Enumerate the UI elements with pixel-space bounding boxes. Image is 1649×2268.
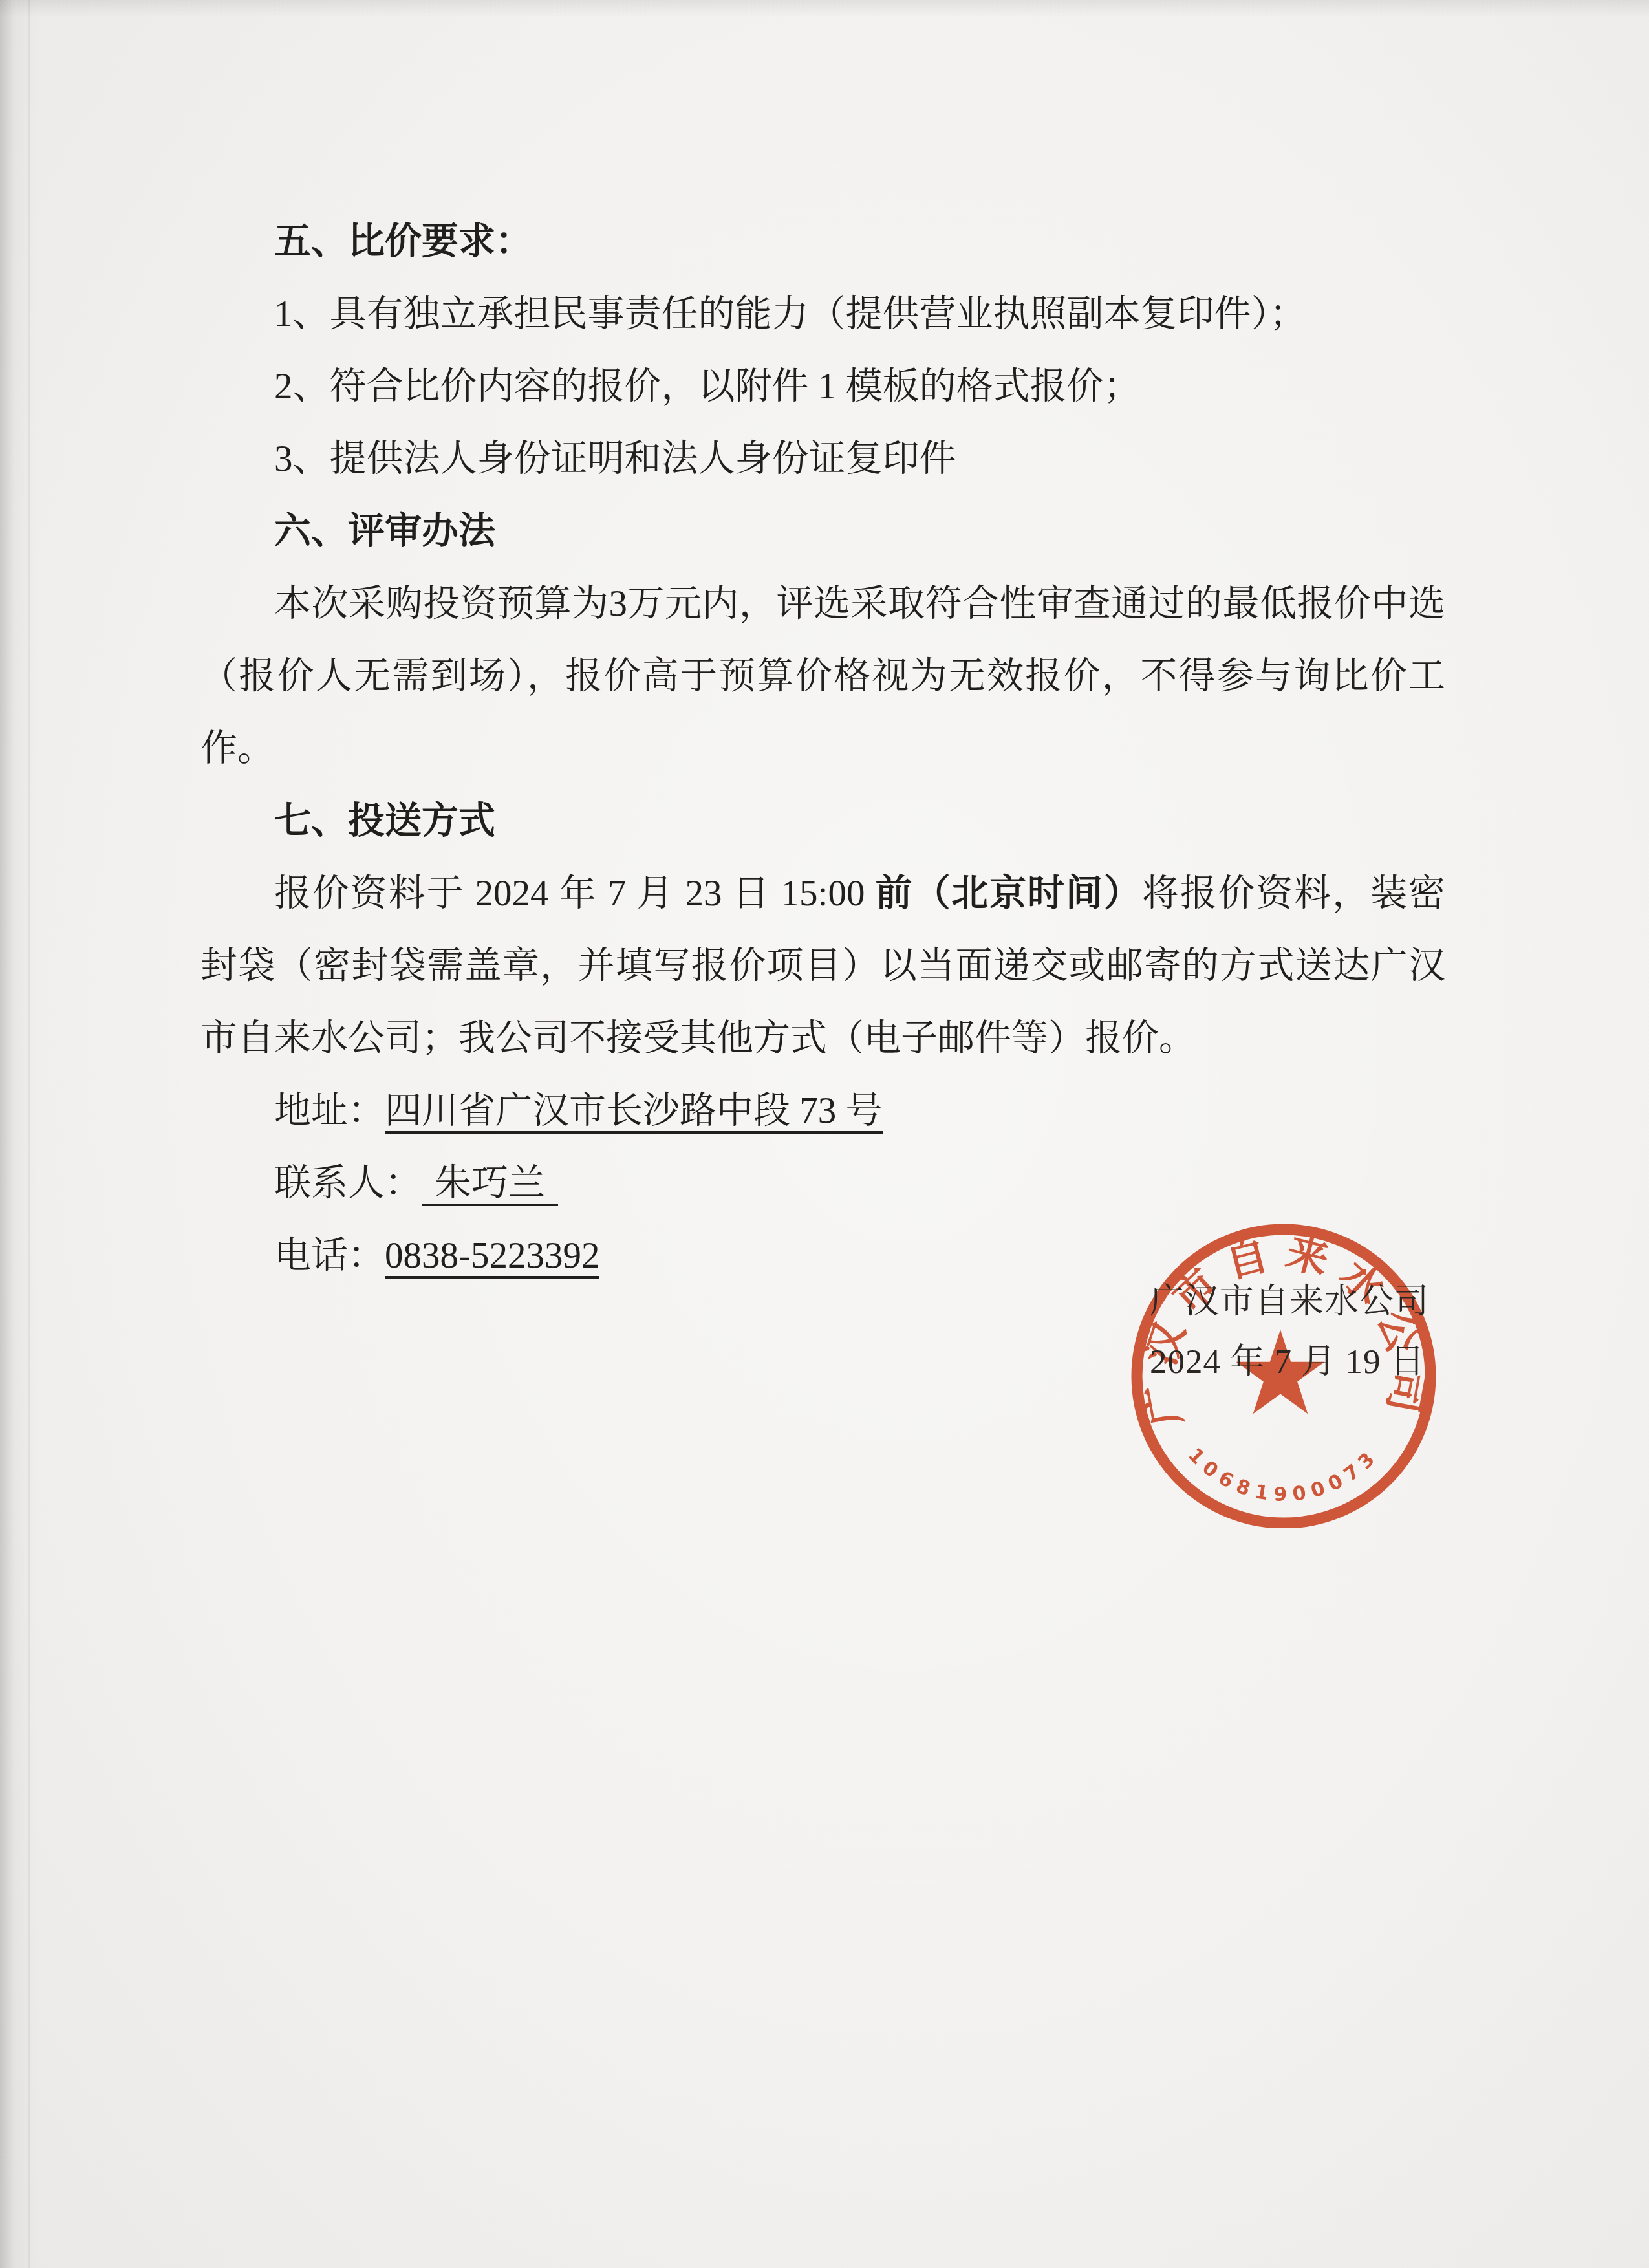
company-seal-stamp: 广汉市自来水公司 5106819000731 广汉市自来水公司 2024 年 7… [1130,1221,1437,1528]
scan-edge-shadow-left [0,0,39,2268]
phone-value: 0838-5223392 [385,1235,599,1279]
requirement-item-3: 3、提供法人身份证明和法人身份证复印件 [200,423,1445,495]
review-method-paragraph: 本次采购投资预算为3万元内，评选采取符合性审查通过的最低报价中选（报价人无需到场… [200,568,1445,785]
address-label: 地址： [274,1090,385,1131]
delivery-method-paragraph: 报价资料于 2024 年 7 月 23 日 15:00 前（北京时间）将报价资料… [200,858,1445,1075]
contact-line: 联系人：朱巧兰 [200,1147,1445,1220]
address-line: 地址：四川省广汉市长沙路中段 73 号 [200,1075,1445,1147]
phone-label: 电话： [274,1235,385,1276]
signature-date: 2024 年 7 月 19 日 [1150,1334,1425,1383]
delivery-text-pre: 报价资料于 2024 年 7 月 23 日 15:00 [274,873,876,914]
address-value: 四川省广汉市长沙路中段 73 号 [385,1090,883,1134]
document-body: 五、比价要求： 1、具有独立承担民事责任的能力（提供营业执照副本复印件）； 2、… [200,206,1445,1292]
scan-crease-line [28,0,30,2268]
contact-value: 朱巧兰 [422,1163,558,1206]
requirement-item-2: 2、符合比价内容的报价，以附件 1 模板的格式报价； [200,351,1445,423]
contact-label: 联系人： [274,1163,422,1204]
delivery-deadline-bold: 前（北京时间） [876,873,1142,914]
requirement-item-1: 1、具有独立承担民事责任的能力（提供营业执照副本复印件）； [200,278,1445,351]
scan-edge-shadow-top [0,0,1649,17]
section-heading-7: 七、投送方式 [200,785,1445,858]
section-heading-6: 六、评审办法 [200,495,1445,568]
seal-arc-company-text: 广汉市自来水公司 [1136,1229,1432,1429]
signature-company-name: 广汉市自来水公司 [1150,1274,1429,1323]
section-heading-5: 五、比价要求： [200,206,1445,278]
